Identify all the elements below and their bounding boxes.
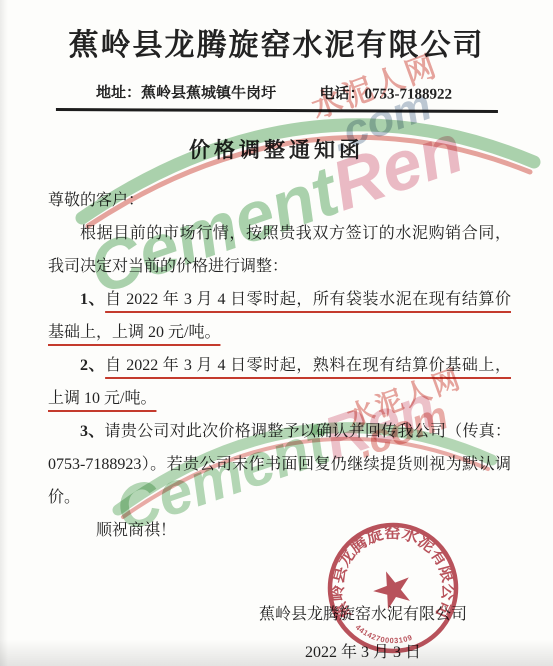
item-text-underlined: 自 2022 年 3 月 4 日零时起，熟料在现有结算价基础上，上调 10 元/…: [48, 357, 511, 407]
closing-phrase: 顺祝商祺！: [48, 514, 511, 547]
company-name-heading: 蕉岭县龙腾旋窑水泥有限公司: [0, 20, 553, 64]
salutation: 尊敬的客户：: [48, 184, 511, 217]
address-value: 蕉岭县蕉城镇牛岗圩: [140, 85, 275, 102]
item-number: 1、: [80, 291, 105, 308]
letterhead-contact-row: 地址：蕉岭县蕉城镇牛岗圩 电话：0753-7188922: [55, 81, 497, 113]
item-number: 2、: [80, 357, 105, 374]
phone-line: 电话：0753-7188922: [319, 82, 452, 104]
phone-label: 电话：: [319, 86, 364, 102]
confirmation-item-3: 3、请贵公司对此次价格调整予以确认并回传我公司（传真：0753-7188923）…: [48, 415, 511, 514]
signature-date: 2022 年 3 月 3 日: [259, 637, 467, 666]
signature-block: 蕉岭县龙腾旋窑水泥有限公司 2022 年 3 月 3 日: [259, 599, 467, 666]
price-item-2: 2、自 2022 年 3 月 4 日零时起，熟料在现有结算价基础上，上调 10 …: [48, 349, 511, 415]
document-title: 价格调整通知函: [0, 134, 553, 164]
address-line: 地址：蕉岭县蕉城镇牛岗圩: [95, 81, 275, 103]
item-number: 3、: [80, 423, 105, 440]
phone-value: 0753-7188922: [364, 86, 452, 102]
item-text: 请贵公司对此次价格调整予以确认并回传我公司（传真：0753-7188923）。若…: [48, 423, 511, 506]
address-label: 地址：: [95, 85, 140, 101]
letter-body: 尊敬的客户： 根据目前的市场行情，按照贵我双方签订的水泥购销合同，我司决定对当前…: [0, 184, 553, 547]
item-text-underlined: 自 2022 年 3 月 4 日零时起，所有袋装水泥在现有结算价基础上，上调 2…: [48, 291, 511, 341]
intro-paragraph: 根据目前的市场行情，按照贵我双方签订的水泥购销合同，我司决定对当前的价格进行调整…: [48, 217, 511, 283]
letter-page: CementRen 水泥人网 .com CementRen 水泥人网 .com …: [0, 0, 553, 666]
signature-company: 蕉岭县龙腾旋窑水泥有限公司: [259, 599, 467, 631]
letterhead: 蕉岭县龙腾旋窑水泥有限公司 地址：蕉岭县蕉城镇牛岗圩 电话：0753-71889…: [0, 0, 553, 164]
price-item-1: 1、自 2022 年 3 月 4 日零时起，所有袋装水泥在现有结算价基础上，上调…: [48, 283, 511, 349]
